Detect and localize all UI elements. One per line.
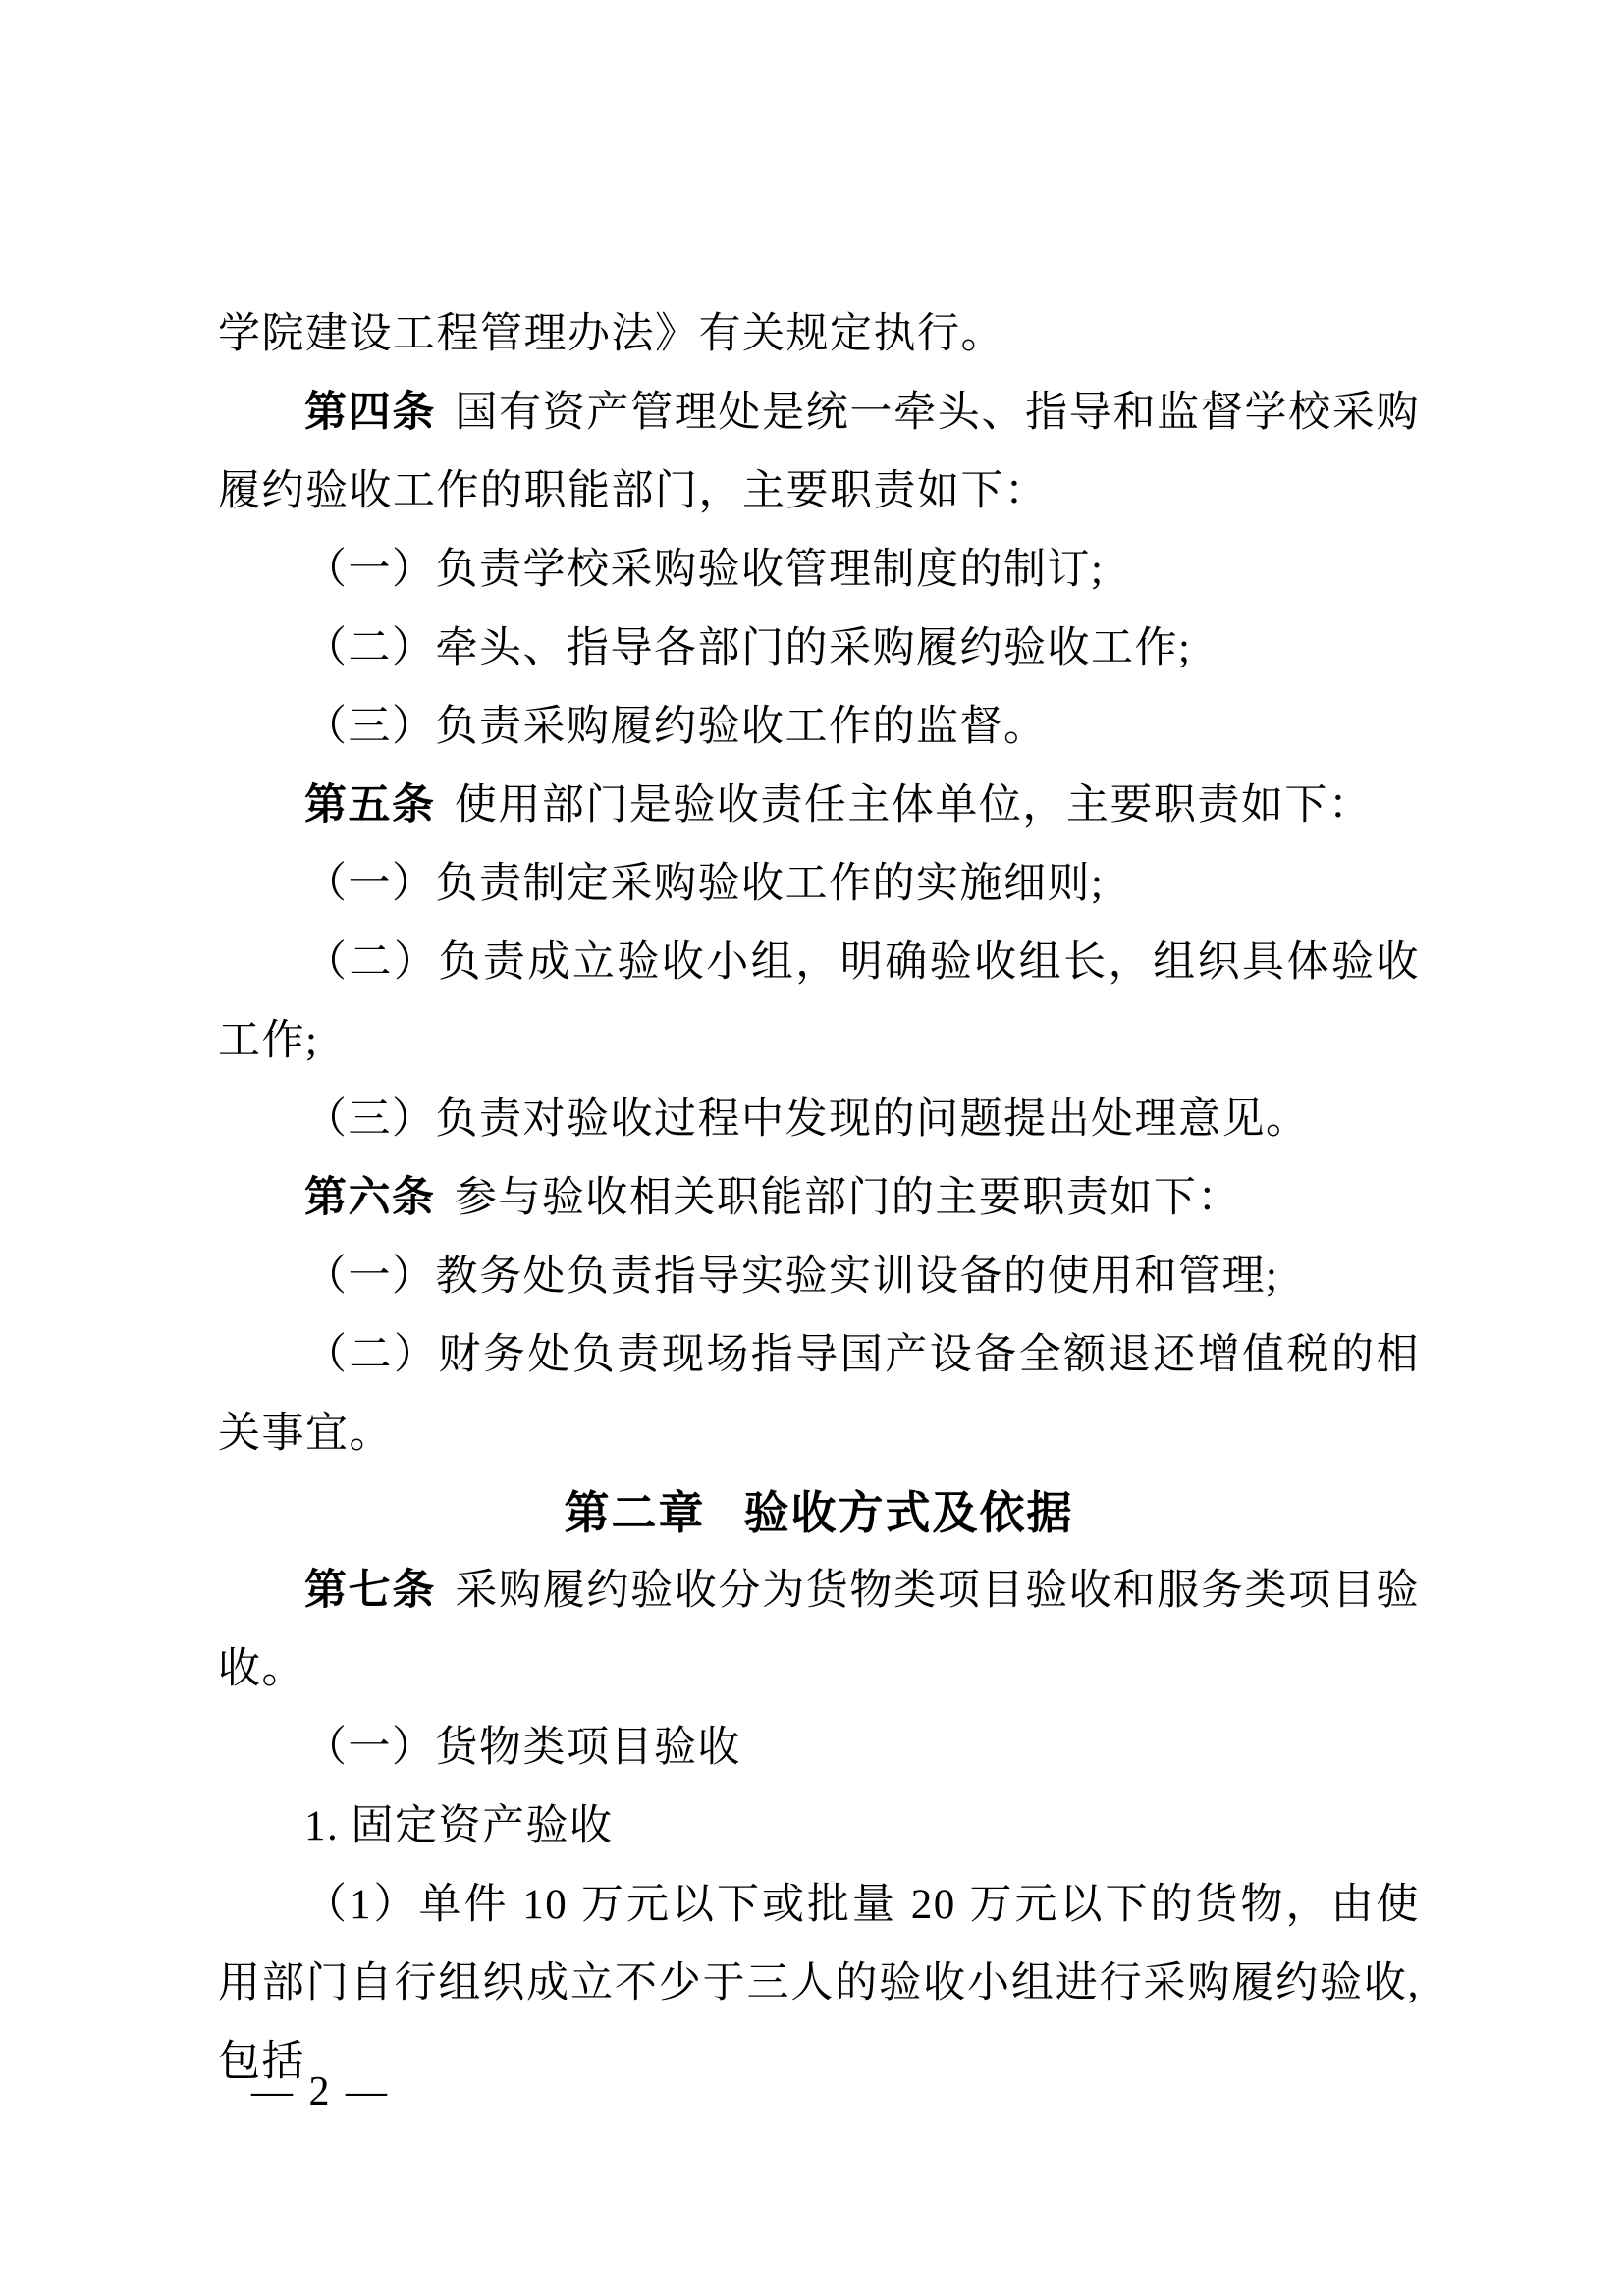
chapter-heading: 第二章验收方式及依据: [218, 1473, 1420, 1552]
list-item-paragraph: （三）负责采购履约验收工作的监督。: [218, 688, 1420, 767]
paragraph-continuation: 学院建设工程管理办法》有关规定执行。: [218, 295, 1420, 374]
chapter-number: 第二章: [564, 1487, 705, 1538]
article-number: 第七条: [304, 1568, 436, 1614]
article-paragraph-7: 第七条采购履约验收分为货物类项目验收和服务类项目验收。: [218, 1552, 1420, 1709]
list-item-paragraph: （三）负责对验收过程中发现的问题提出处理意见。: [218, 1081, 1420, 1159]
list-item-paragraph: （二）牵头、指导各部门的采购履约验收工作;: [218, 610, 1420, 688]
list-item-paragraph: （二）负责成立验收小组，明确验收组长，组织具体验收工作;: [218, 924, 1420, 1081]
article-paragraph-4: 第四条国有资产管理处是统一牵头、指导和监督学校采购履约验收工作的职能部门，主要职…: [218, 374, 1420, 531]
list-item-paragraph: （1）单件 10 万元以下或批量 20 万元以下的货物，由使用部门自行组织成立不…: [218, 1866, 1420, 2102]
list-item-paragraph: 1. 固定资产验收: [218, 1788, 1420, 1866]
article-number: 第五条: [304, 782, 436, 828]
chapter-title: 验收方式及依据: [744, 1487, 1074, 1538]
article-paragraph-6: 第六条参与验收相关职能部门的主要职责如下：: [218, 1159, 1420, 1238]
document-body: 学院建设工程管理办法》有关规定执行。 第四条国有资产管理处是统一牵头、指导和监督…: [218, 295, 1420, 2102]
article-number: 第六条: [304, 1175, 436, 1221]
article-paragraph-5: 第五条使用部门是验收责任主体单位，主要职责如下：: [218, 767, 1420, 845]
list-item-paragraph: （一）货物类项目验收: [218, 1709, 1420, 1788]
list-item-paragraph: （二）财务处负责现场指导国产设备全额退还增值税的相关事宜。: [218, 1316, 1420, 1473]
article-text: 使用部门是验收责任主体单位，主要职责如下：: [455, 782, 1373, 828]
document-page: 学院建设工程管理办法》有关规定执行。 第四条国有资产管理处是统一牵头、指导和监督…: [0, 0, 1624, 2296]
list-item-paragraph: （一）负责制定采购验收工作的实施细则;: [218, 845, 1420, 924]
list-item-paragraph: （一）教务处负责指导实验实训设备的使用和管理;: [218, 1238, 1420, 1316]
list-item-paragraph: （一）负责学校采购验收管理制度的制订;: [218, 531, 1420, 610]
article-number: 第四条: [304, 390, 436, 436]
article-text: 参与验收相关职能部门的主要职责如下：: [455, 1175, 1241, 1221]
page-number: — 2 —: [251, 2067, 390, 2116]
